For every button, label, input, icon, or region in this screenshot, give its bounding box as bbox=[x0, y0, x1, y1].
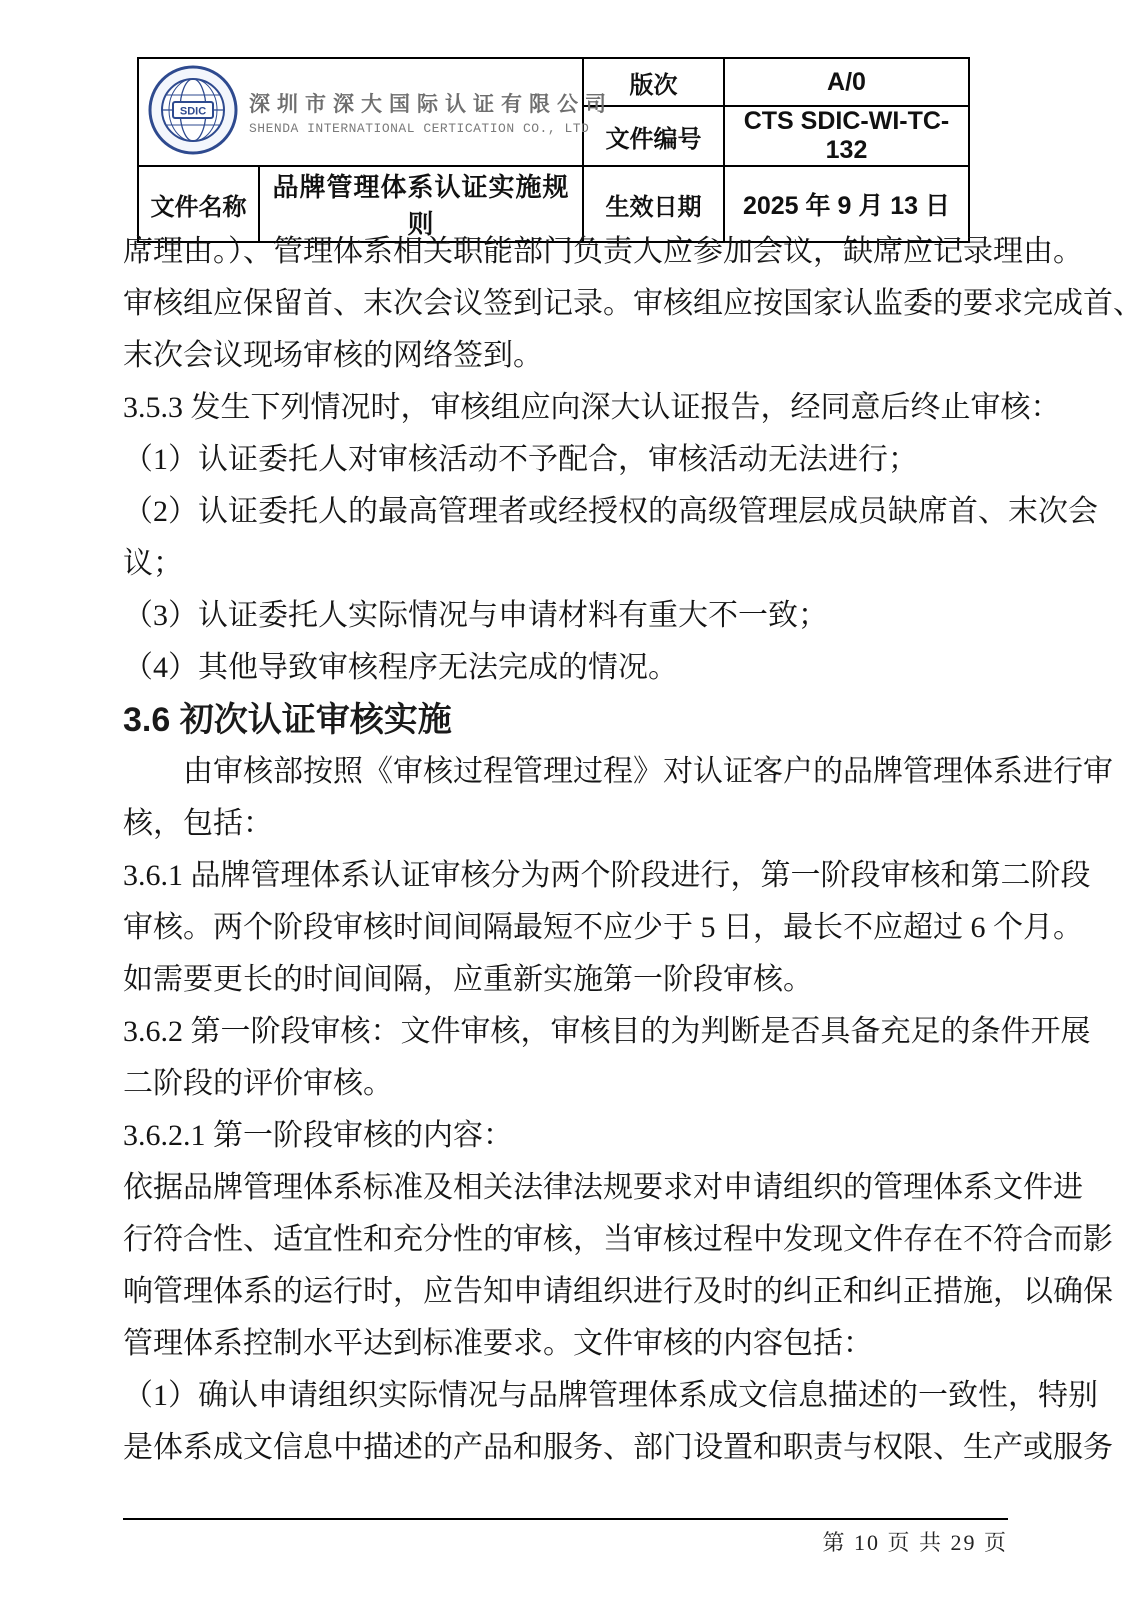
company-logo-cell: SDIC 深圳市深大国际认证有限公司 SHENDA INTERNATIONAL … bbox=[138, 58, 583, 166]
body-line-clause-3-6-1: 3.6.1 品牌管理体系认证审核分为两个阶段进行，第一阶段审核和第二阶段 bbox=[123, 850, 1003, 902]
body-line: 行符合性、适宜性和充分性的审核，当审核过程中发现文件存在不符合而影 bbox=[123, 1214, 1003, 1266]
body-line: 是体系成文信息中描述的产品和服务、部门设置和职责与权限、生产或服务 bbox=[123, 1422, 1003, 1474]
body-line-clause-3-6-2: 3.6.2 第一阶段审核：文件审核，审核目的为判断是否具备充足的条件开展 bbox=[123, 1006, 1003, 1058]
section-heading-3-6: 3.6 初次认证审核实施 bbox=[123, 694, 1003, 746]
body-line-item-3: （3）认证委托人实际情况与申请材料有重大不一致； bbox=[123, 590, 1003, 642]
company-name-cn: 深圳市深大国际认证有限公司 bbox=[249, 88, 613, 118]
document-header-table: SDIC 深圳市深大国际认证有限公司 SHENDA INTERNATIONAL … bbox=[137, 57, 970, 243]
doc-number-value: CTS SDIC-WI-TC-132 bbox=[724, 106, 969, 166]
company-name-en: SHENDA INTERNATIONAL CERTICATION CO., LT… bbox=[249, 121, 613, 136]
body-line-clause-3-5-3: 3.5.3 发生下列情况时，审核组应向深大认证报告，经同意后终止审核： bbox=[123, 382, 1003, 434]
logo-sdic-text: SDIC bbox=[180, 105, 206, 117]
version-value: A/0 bbox=[724, 58, 969, 106]
page-number: 第 10 页 共 29 页 bbox=[123, 1526, 1008, 1557]
body-line: 管理体系控制水平达到标准要求。文件审核的内容包括： bbox=[123, 1318, 1003, 1370]
body-line: 审核组应保留首、末次会议签到记录。审核组应按国家认监委的要求完成首、 bbox=[123, 278, 1003, 330]
body-line: 核，包括： bbox=[123, 798, 1003, 850]
body-line: 如需要更长的时间间隔，应重新实施第一阶段审核。 bbox=[123, 954, 1003, 1006]
body-line-item-1b: （1）确认申请组织实际情况与品牌管理体系成文信息描述的一致性，特别 bbox=[123, 1370, 1003, 1422]
body-line-clause-3-6-2-1: 3.6.2.1 第一阶段审核的内容： bbox=[123, 1110, 1003, 1162]
body-line: 由审核部按照《审核过程管理过程》对认证客户的品牌管理体系进行审 bbox=[123, 746, 1003, 798]
document-page: SDIC 深圳市深大国际认证有限公司 SHENDA INTERNATIONAL … bbox=[0, 0, 1131, 1600]
body-line: 席理由。）、管理体系相关职能部门负责人应参加会议，缺席应记录理由。 bbox=[123, 226, 1003, 278]
body-line-item-4: （4）其他导致审核程序无法完成的情况。 bbox=[123, 642, 1003, 694]
body-line: 二阶段的评价审核。 bbox=[123, 1058, 1003, 1110]
body-line: 末次会议现场审核的网络签到。 bbox=[123, 330, 1003, 382]
body-line-item-1: （1）认证委托人对审核活动不予配合，审核活动无法进行； bbox=[123, 434, 1003, 486]
body-line-item-2: （2）认证委托人的最高管理者或经授权的高级管理层成员缺席首、末次会 bbox=[123, 486, 1003, 538]
page-footer: 第 10 页 共 29 页 bbox=[123, 1518, 1008, 1557]
sdic-globe-logo-icon: SDIC bbox=[147, 64, 239, 161]
body-line: 审核。两个阶段审核时间间隔最短不应少于 5 日，最长不应超过 6 个月。 bbox=[123, 902, 1003, 954]
document-body: 席理由。）、管理体系相关职能部门负责人应参加会议，缺席应记录理由。 审核组应保留… bbox=[123, 226, 1003, 1474]
body-line: 响管理体系的运行时，应告知申请组织进行及时的纠正和纠正措施，以确保 bbox=[123, 1266, 1003, 1318]
body-line: 议； bbox=[123, 538, 1003, 590]
body-line: 依据品牌管理体系标准及相关法律法规要求对申请组织的管理体系文件进 bbox=[123, 1162, 1003, 1214]
